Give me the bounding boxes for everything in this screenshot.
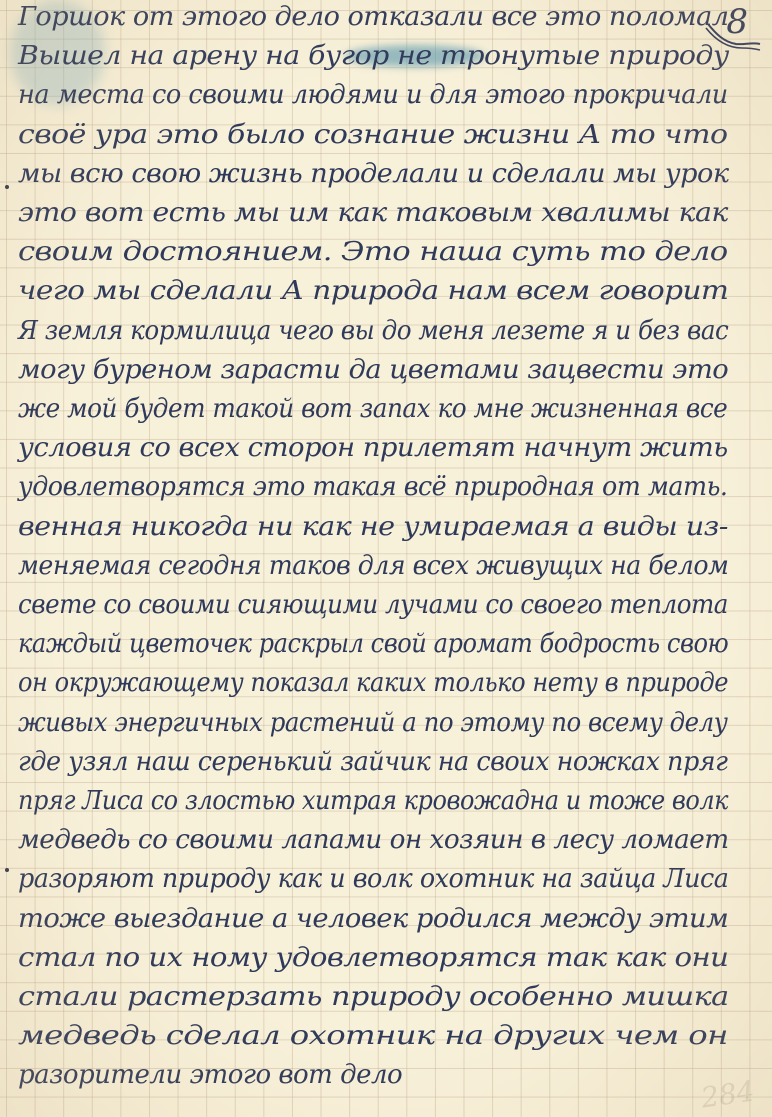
text-line: Горшок от этого дело отказали все это по… bbox=[18, 2, 728, 42]
text-line: своё ура это было сознание жизни А то чт… bbox=[18, 120, 727, 160]
text-line: медведь со своими лапами он хозяин в лес… bbox=[18, 825, 729, 865]
text-line: удовлетворятся это такая всё природная о… bbox=[18, 472, 727, 512]
text-line: чего мы сделали А природа нам всем говор… bbox=[18, 276, 728, 316]
text-line: Вышел на арену на бугор не тронутые прир… bbox=[18, 41, 729, 81]
text-line: разорители этого вот дело bbox=[18, 1060, 402, 1100]
text-line: каждый цветочек раскрыл свой аромат бодр… bbox=[18, 629, 728, 669]
text-line: медведь сделал охотник на других чем он bbox=[18, 1021, 728, 1061]
text-line: разоряют природу как и волк охотник на з… bbox=[18, 864, 728, 904]
text-line: он окружающему показал каких только нету… bbox=[18, 668, 728, 708]
text-line: пряг Лиса со злостью хитрая кровожадна и… bbox=[18, 786, 728, 826]
text-line: Я земля кормилица чего вы до меня лезете… bbox=[18, 316, 728, 356]
text-line: меняемая сегодня таков для всех живущих … bbox=[18, 551, 728, 591]
text-line: же мой будет такой вот запах ко мне жизн… bbox=[18, 394, 727, 434]
text-line: тоже выездание а человек родился между э… bbox=[18, 904, 728, 944]
ink-dot bbox=[5, 868, 9, 872]
text-line: живых энергичных растений а по этому по … bbox=[18, 708, 727, 748]
notebook-page: 8 Горшок от этого дело отказали все это … bbox=[0, 0, 772, 1117]
ink-dot bbox=[5, 185, 9, 189]
text-line: стал по их ному удовлетворятся так как о… bbox=[18, 943, 728, 983]
text-line: стали растерзать природу особенно мишка bbox=[18, 982, 729, 1022]
text-line: на места со своими людями и для этого пр… bbox=[18, 80, 728, 120]
text-line: свете со своими сияющими лучами со своег… bbox=[18, 590, 728, 630]
text-line: это вот есть мы им как таковым хвалимы к… bbox=[18, 198, 728, 238]
text-line: венная никогда ни как не умираемая а вид… bbox=[18, 512, 728, 552]
bleed-through-text: 284 bbox=[699, 1074, 757, 1114]
text-line: условия со всех сторон прилетят начнут ж… bbox=[18, 433, 728, 473]
text-line: могу буреном зарасти да цветами зацвести… bbox=[18, 355, 728, 395]
text-line: своим достоянием. Это наша суть то дело bbox=[18, 237, 728, 277]
text-line: мы всю свою жизнь проделали и сделали мы… bbox=[18, 159, 729, 199]
text-line: где узял наш серенький зайчик на своих н… bbox=[18, 747, 727, 787]
